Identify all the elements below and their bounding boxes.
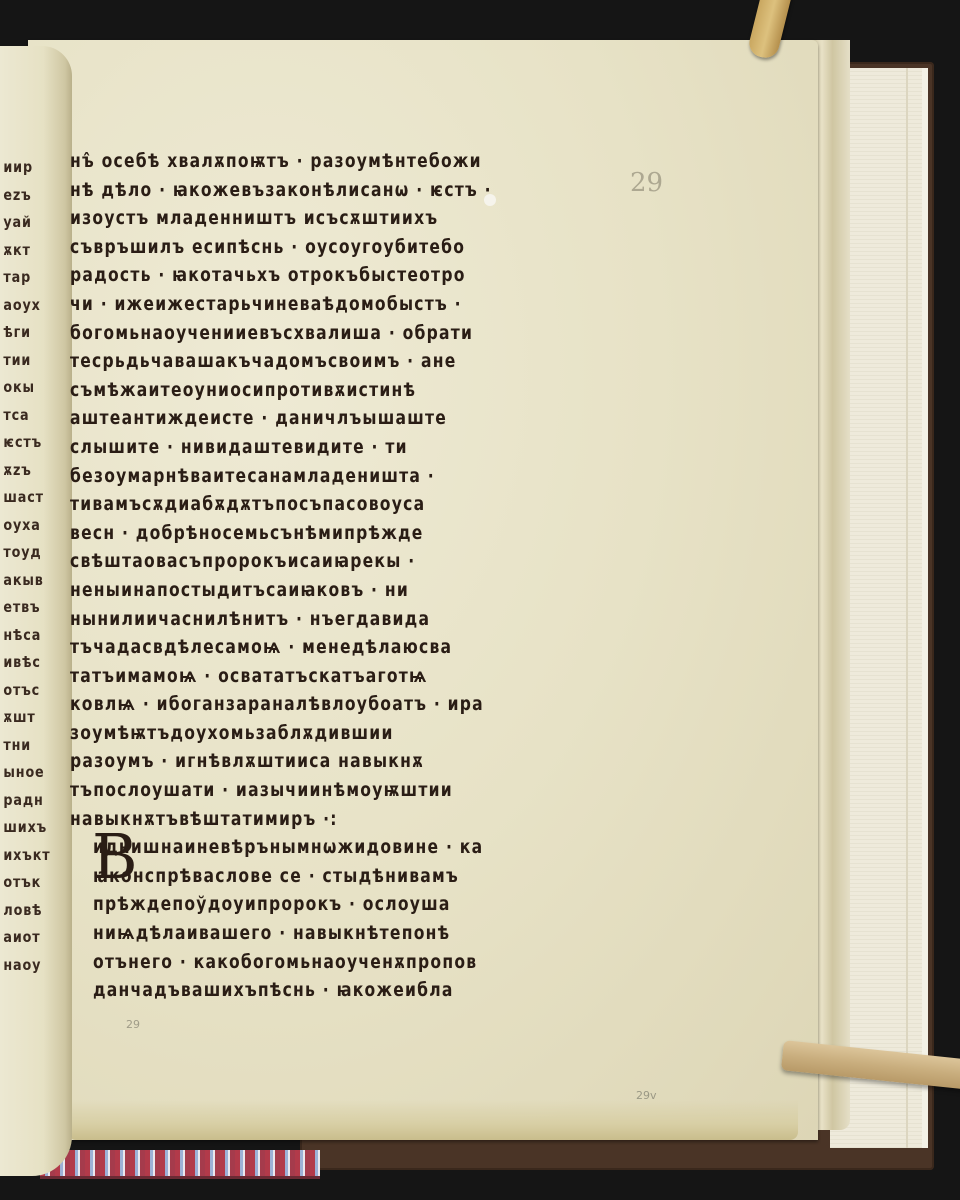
facing-line: уай [0, 209, 50, 237]
text-line: прѣждепоўдоуипророкъ · ослоуша [70, 890, 546, 919]
facing-line: шихъ [0, 814, 50, 842]
text-line: неныинапостыдитъсаиꙗковъ · ни [70, 576, 546, 605]
facing-line: ѫкт [0, 237, 50, 265]
text-line: нѣ дѣло · ꙗкожевъзаконѣлисанѡ · ѥстъ · [70, 176, 546, 205]
text-line: весн · добрѣносемьсънѣмипрѣжде [70, 519, 546, 548]
facing-line: ѫшт [0, 704, 50, 732]
facing-line: тии [0, 347, 50, 375]
facing-line: тса [0, 402, 50, 430]
text-line: богомьнаоученииевъсхвалиша · обрати [70, 319, 546, 348]
text-line: ниѩдѣлаивашего · навыкнѣтепонѣ [70, 919, 546, 948]
facing-line: акыв [0, 567, 50, 595]
facing-line: ивѣс [0, 649, 50, 677]
tailband-weave [40, 1150, 320, 1179]
paper-edge-line [906, 68, 908, 1148]
decorated-initial: В [92, 826, 138, 888]
text-line: ꙗконспрѣваслове се · стыдѣнивамъ [70, 862, 546, 891]
text-line: чи · ижеижестарьчиневаѣдомобыстъ · [70, 290, 546, 319]
text-line: тъчадасвдѣлесамоѩ · менедѣлаюсва [70, 633, 546, 662]
facing-line: тни [0, 732, 50, 760]
facing-line: шаст [0, 484, 50, 512]
text-line: ковлѩ · ибоганзараналѣвлоубоатъ · ира [70, 690, 546, 719]
facing-line: оуха [0, 512, 50, 540]
text-line: иднишнаиневѣрънымнѡжидовине · ка [70, 833, 546, 862]
text-line: изоустъ младенништъ исъсѫштиихъ [70, 204, 546, 233]
text-line: тъпослоушати · иазычиинѣмоуѭштии [70, 776, 546, 805]
facing-line: ѣги [0, 319, 50, 347]
text-line: разоумъ · игнѣвлѫштииса навыкнѫ [70, 747, 546, 776]
text-line: безоумарнѣваитесанамладеништа · [70, 462, 546, 491]
facing-line: отъс [0, 677, 50, 705]
text-line: нъ̂ осебѣ хвалѫпоѭтъ · разоумѣнтебожи [70, 147, 546, 176]
facing-line: еzъ [0, 182, 50, 210]
text-line: нынилиичаснилѣнитъ · нъегдавида [70, 605, 546, 634]
pencil-note-bottom: 29v [636, 1089, 657, 1102]
facing-line: аоух [0, 292, 50, 320]
facing-line: ѥстъ [0, 429, 50, 457]
facing-page-text: иир еzъ уай ѫкт тар аоух ѣги тии окы тса… [0, 154, 59, 979]
facing-line: ыное [0, 759, 50, 787]
facing-line: аиот [0, 924, 50, 952]
text-line: данчадъвашихъпѣснь · ꙗкожеибла [70, 976, 546, 1005]
facing-line: нѣса [0, 622, 50, 650]
text-line: слышите · нивидаштевидите · ти [70, 433, 546, 462]
facing-line: окы [0, 374, 50, 402]
facing-line: наоу [0, 952, 50, 980]
facing-line: ихъкт [0, 842, 50, 870]
text-line: татъимамоѩ · освататъскатъаготѩ [70, 662, 546, 691]
text-line: тесрьдьчавашакъчадомъсвоимъ · ане [70, 347, 546, 376]
text-line: аштеантиждеисте · даничлъышаште [70, 404, 546, 433]
text-line: съмѣжаитеоуниосипротивѫистинѣ [70, 376, 546, 405]
text-line: свѣштаовасъпророкъисаиꙗрекы · [70, 547, 546, 576]
facing-line: тар [0, 264, 50, 292]
text-line: навыкнѫтъвѣштатимиръ ·: [70, 805, 546, 834]
facing-line: тоуд [0, 539, 50, 567]
text-line: радость · ꙗкотачьхъ отрокъбыстеотро [70, 261, 546, 290]
facing-line: радн [0, 787, 50, 815]
pencil-note-left: 29 [126, 1018, 140, 1031]
manuscript-text-block: нъ̂ осебѣ хвалѫпоѭтъ · разоумѣнтебожи нѣ… [70, 147, 650, 1005]
facing-line: етвъ [0, 594, 50, 622]
text-line: тивамъсѫдиабѫдѫтъпосъпасовоуса [70, 490, 546, 519]
facing-line: ѫzъ [0, 457, 50, 485]
text-line: съвръшилъ есипѣснь · оусоугоубитебо [70, 233, 546, 262]
facing-line: ловѣ [0, 897, 50, 925]
facing-page-left: иир еzъ уай ѫкт тар аоух ѣги тии окы тса… [0, 46, 72, 1176]
text-line: отънего · какобогомьнаоученѫпропов [70, 948, 546, 977]
text-line: зоумѣѭтъдоухомьзаблѫдившии [70, 719, 546, 748]
manuscript-photo: иир еzъ уай ѫкт тар аоух ѣги тии окы тса… [0, 0, 960, 1200]
facing-line: отък [0, 869, 50, 897]
facing-line: иир [0, 154, 50, 182]
